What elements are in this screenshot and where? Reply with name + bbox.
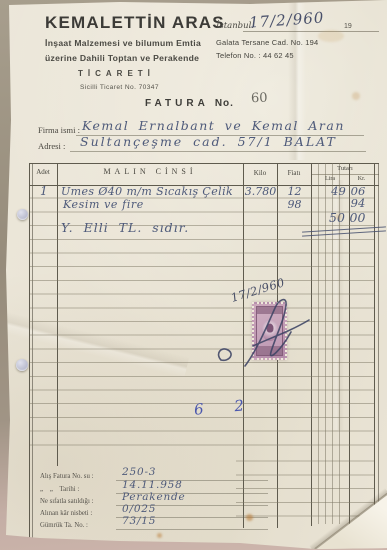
trade-registry-number: Sicilli Ticaret No. 70347 bbox=[80, 84, 159, 91]
column-header-kr: Kr. bbox=[349, 176, 374, 182]
tutar-header-rule bbox=[311, 174, 379, 175]
printed-year-prefix: 19 bbox=[344, 23, 352, 30]
field-label: „ „ Tarihi : bbox=[40, 486, 79, 493]
company-phone: Telefon No. : 44 62 45 bbox=[216, 51, 294, 60]
column-header-lira: Lira bbox=[313, 176, 347, 182]
column-header-tutar: Tutarı bbox=[311, 165, 379, 172]
row-kilo-value: 3.780 bbox=[244, 185, 277, 198]
row-description-line2: Kesim ve fire bbox=[63, 198, 144, 211]
field-value: 73/15 bbox=[122, 515, 156, 527]
row2-tutar-kr: 94 bbox=[350, 196, 366, 210]
handwritten-invoice-date: 17/2/960 bbox=[248, 8, 324, 31]
company-tagline-3: TİCARETİ bbox=[78, 69, 155, 78]
field-value: 250-3 bbox=[122, 466, 156, 478]
punch-hole bbox=[16, 359, 28, 371]
column-header-malin-cinsi: MALIN CİNSİ bbox=[57, 167, 243, 176]
signature-scribble bbox=[215, 288, 315, 373]
row-adet-value: 1 bbox=[40, 184, 48, 198]
field-value: 14.11.958 bbox=[122, 479, 183, 491]
handwritten-address: Sultançeşme cad. 57/1 BALAT bbox=[80, 134, 337, 149]
column-header-kilo: Kilo bbox=[243, 169, 277, 177]
company-tagline-2: üzerine Dahili Toptan ve Perakende bbox=[45, 53, 230, 63]
fatura-title: FATURANo. bbox=[145, 98, 234, 109]
table-top-border bbox=[29, 163, 379, 164]
invoice-paper: KEMALETTİN ARAS İnşaat Malzemesi ve bilu… bbox=[0, 0, 387, 550]
fatura-label: FATURA bbox=[145, 98, 209, 109]
field-value: 0/025 bbox=[122, 503, 156, 515]
field-rule bbox=[116, 529, 268, 530]
firm-name-label: Firma ismi : bbox=[38, 125, 80, 135]
address-rule bbox=[70, 151, 366, 152]
field-label: Gümrük Ta. No. : bbox=[40, 522, 88, 529]
paper-stain bbox=[157, 533, 162, 538]
paper-stain bbox=[335, 214, 341, 219]
company-tagline-1: İnşaat Malzemesi ve bilumum Emtia bbox=[45, 38, 230, 48]
handwritten-fatura-number: 60 bbox=[251, 91, 268, 107]
field-label: Ne sıfatla satıldığı : bbox=[40, 498, 93, 505]
field-label: Alınan kâr nisbeti : bbox=[40, 510, 92, 517]
footer-field-customs-tariff-no: Gümrük Ta. No. : 73/15 bbox=[40, 519, 240, 532]
amount-in-words: Y. Elli TL. sıdır. bbox=[61, 220, 189, 235]
column-header-fiat: Fiatı bbox=[277, 169, 311, 177]
field-value: Perakende bbox=[122, 491, 186, 503]
field-label: Alış Fatura No. su : bbox=[40, 473, 93, 480]
fatura-no-label: No. bbox=[215, 98, 234, 109]
row-tutar-lira: 49 bbox=[330, 184, 347, 198]
paper-stain bbox=[352, 92, 360, 100]
grid-line bbox=[374, 163, 375, 520]
paper-stain bbox=[318, 30, 344, 42]
total-kr: 00 bbox=[349, 210, 366, 225]
row-description-line1: Umes Ø40 m/m Sıcakış Çelik bbox=[61, 185, 233, 198]
grid-line bbox=[378, 163, 379, 520]
punch-hole bbox=[17, 209, 28, 220]
address-label: Adresi : bbox=[38, 141, 65, 151]
paper-stain bbox=[246, 514, 253, 521]
row-fiat-value: 12 98 bbox=[279, 185, 310, 211]
photo-background: KEMALETTİN ARAS İnşaat Malzemesi ve bilu… bbox=[0, 0, 387, 550]
handwritten-firm-name: Kemal Ernalbant ve Kemal Aran bbox=[82, 118, 345, 133]
company-name: KEMALETTİN ARAS bbox=[45, 13, 225, 33]
date-rule-line bbox=[243, 31, 379, 32]
company-street-address: Galata Tersane Cad. No. 194 bbox=[216, 38, 318, 47]
column-header-adet: Adet bbox=[29, 168, 57, 176]
